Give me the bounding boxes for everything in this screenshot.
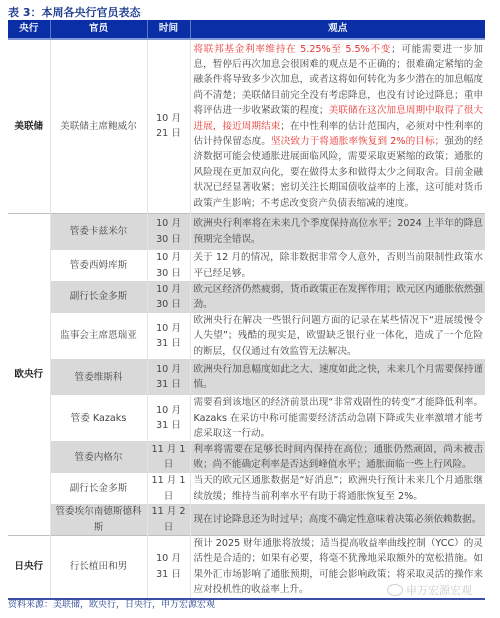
view-cell: 欧洲央行加息幅度如此之大、速度如此之快，未来几个月需要保持谨慎。 [190, 359, 485, 395]
bank-fed: 美联储 [8, 39, 50, 213]
date-cell: 11 月 1 日 [147, 473, 190, 504]
date-cell: 10 月 31 日 [147, 536, 190, 599]
date-cell: 10 月 21 日 [147, 39, 190, 213]
date-cell: 10 月 30 日 [147, 213, 190, 250]
watermark: 申万宏源宏观 [387, 582, 472, 598]
header-date: 时间 [147, 20, 190, 39]
view-cell: 欧洲央行在解决一些银行问题方面的记录在某些情况下“进展缓慢令人失望”；残酷的现实… [190, 313, 485, 359]
date-cell: 11 月 2 日 [147, 504, 190, 535]
official-cell: 副行长金多斯 [50, 281, 147, 313]
table-row-ecb: 副行长金多斯 10 月 30 日 欧元区经济仍然疲弱，货币政策正在发挥作用；欧元… [8, 281, 485, 313]
official-cell: 管委埃尔南德斯德科斯 [50, 504, 147, 535]
watermark-text: 申万宏源宏观 [406, 582, 472, 598]
view-highlight: 坚决致力于将通胀率恢复到 2%的目标； [271, 136, 444, 147]
date-cell: 10 月 30 日 [147, 281, 190, 313]
view-cell: 将联邦基金利率维持在 5.25%至 5.5%不变；可能需要进一步加息，暂停后再次… [190, 39, 485, 213]
date-cell: 10 月 31 日 [147, 395, 190, 441]
date-cell: 10 月 30 日 [147, 250, 190, 281]
date-cell: 11 月 1 日 [147, 441, 190, 473]
date-cell: 10 月 31 日 [147, 313, 190, 359]
bank-boj: 日央行 [8, 536, 50, 599]
header-official: 官员 [50, 20, 147, 39]
official-cell: 副行长金多斯 [50, 473, 147, 504]
view-cell: 欧洲央行利率将在未来几个季度保持高位水平；2024 上半年的降息预期完全错误。 [190, 213, 485, 250]
table-title: 表 3：本周各央行官员表态 [8, 4, 140, 20]
table-row-fed-powell: 美联储 美联储主席鲍威尔 10 月 21 日 将联邦基金利率维持在 5.25%至… [8, 39, 485, 213]
official-cell: 管委内格尔 [50, 441, 147, 473]
view-cell: 关于 12 月的情况，除非数据非常令人意外，否则当前限制性政策水平已经足够。 [190, 250, 485, 281]
table-row-ecb: 欧央行 管委卡兹米尔 10 月 30 日 欧洲央行利率将在未来几个季度保持高位水… [8, 213, 485, 250]
official-cell: 监事会主席恩瑞亚 [50, 313, 147, 359]
table-row-ecb: 监事会主席恩瑞亚 10 月 31 日 欧洲央行在解决一些银行问题方面的记录在某些… [8, 313, 485, 359]
source-note: 资料来源：美联储，欧央行，日央行，申万宏源宏观 [8, 597, 215, 610]
official-cell: 管委 Kazaks [50, 395, 147, 441]
table-row-ecb: 管委内格尔 11 月 1 日 利率将需要在足够长时间内保持在高位；通胀仍然顽固，… [8, 441, 485, 473]
table-row-ecb: 管委西姆库斯 10 月 30 日 关于 12 月的情况，除非数据非常令人意外，否… [8, 250, 485, 281]
header-bank: 央行 [8, 20, 50, 39]
table-row-ecb: 管委 Kazaks 10 月 31 日 需要看到该地区的经济前景出现“非常戏剧性… [8, 395, 485, 441]
view-cell: 欧元区经济仍然疲弱，货币政策正在发挥作用；欧元区内通胀依然强劲。 [190, 281, 485, 313]
view-cell: 现在讨论降息还为时过早；高度不确定性意味着决策必须依赖数据。 [190, 504, 485, 535]
official-cell: 管委维斯科 [50, 359, 147, 395]
view-cell: 需要看到该地区的经济前景出现“非常戏剧性的转变”才能降低利率。Kazaks 在采… [190, 395, 485, 441]
central-bank-officials-table: 央行 官员 时间 观点 美联储 美联储主席鲍威尔 10 月 21 日 将联邦基金… [8, 20, 485, 600]
table-row-ecb: 管委埃尔南德斯德科斯 11 月 2 日 现在讨论降息还为时过早；高度不确定性意味… [8, 504, 485, 535]
official-cell: 管委西姆库斯 [50, 250, 147, 281]
view-highlight: 将联邦基金利率维持在 5.25%至 5.5%不变 [194, 44, 392, 55]
table-header-row: 央行 官员 时间 观点 [8, 20, 485, 39]
view-cell: 利率将需要在足够长时间内保持在高位；通胀仍然顽固，尚未被击败；尚不能确定利率是否… [190, 441, 485, 473]
header-view: 观点 [190, 20, 485, 39]
official-cell: 美联储主席鲍威尔 [50, 39, 147, 213]
official-cell: 行长植田和男 [50, 536, 147, 599]
table-row-ecb: 管委维斯科 10 月 31 日 欧洲央行加息幅度如此之大、速度如此之快，未来几个… [8, 359, 485, 395]
date-cell: 10 月 31 日 [147, 359, 190, 395]
bank-ecb: 欧央行 [8, 213, 50, 536]
table-row-ecb: 副行长金多斯 11 月 1 日 当天的欧元区通胀数据是“好消息”；欧洲央行预计未… [8, 473, 485, 504]
wechat-icon [387, 584, 403, 596]
official-cell: 管委卡兹米尔 [50, 213, 147, 250]
view-cell: 当天的欧元区通胀数据是“好消息”；欧洲央行预计未来几个月通胀继续放缓；维持当前利… [190, 473, 485, 504]
